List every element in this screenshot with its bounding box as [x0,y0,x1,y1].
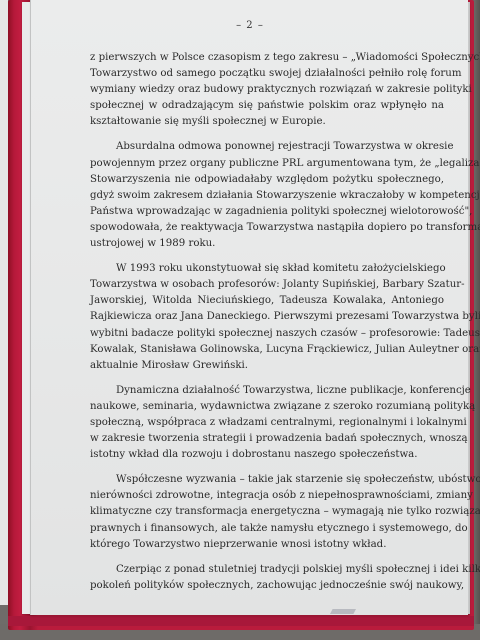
text-line: Współczesne wyzwania – takie jak starzen… [90,472,444,488]
text-line: powojennym przez organy publiczne PRL ar… [90,156,444,172]
text-line: istotny wkład dla rozwoju i dobrostanu n… [90,447,444,463]
text-line: klimatyczne czy transformacja energetycz… [90,504,444,520]
paragraph-dynamic-activity: Dynamiczna działalność Towarzystwa, licz… [90,383,444,463]
facing-page-edge [0,0,8,605]
text-line: Czerpiąc z ponad stuletniej tradycji pol… [90,562,444,578]
text-line: kształtowanie się myśli społecznej w Eur… [90,114,444,130]
text-line: społecznej w odradzającym się państwie p… [90,98,444,114]
paragraph-prl-refusal: Absurdalna odmowa ponownej rejestracji T… [90,139,444,252]
text-line: z pierwszych w Polsce czasopism z tego z… [90,50,444,66]
text-line: Absurdalna odmowa ponownej rejestracji T… [90,139,444,155]
text-line: w zakresie tworzenia strategii i prowadz… [90,431,444,447]
paragraph-continuation: z pierwszych w Polsce czasopism z tego z… [90,50,444,130]
red-folder-bottom-edge [8,616,474,626]
text-line: ustrojowej w 1989 roku. [90,236,444,252]
text-line: aktualnie Mirosław Grewiński. [90,358,444,374]
text-line: Stowarzyszenia nie odpowiadałaby względo… [90,172,444,188]
paragraph-founding-committee: W 1993 roku ukonstytuował się skład komi… [90,261,444,374]
document-body: z pierwszych w Polsce czasopism z tego z… [90,50,444,603]
text-line: wybitni badacze polityki społecznej nasz… [90,326,444,342]
page-tab-marker [330,609,356,614]
text-line: nierówności zdrowotne, integracja osób z… [90,488,444,504]
text-line: wymiany wiedzy oraz budowy praktycznych … [90,82,444,98]
text-line: Kowalak, Stanisława Golinowska, Lucyna F… [90,342,444,358]
text-line: Towarzystwo od samego początku swojej dz… [90,66,444,82]
text-line: prawnych i finansowych, ale także namysł… [90,521,444,537]
text-line: Towarzystwa w osobach profesorów: Jolant… [90,277,444,293]
text-line: pokoleń polityków społecznych, zachowują… [90,578,444,594]
text-line: społeczną, współpraca z władzami central… [90,415,444,431]
text-line: Państwa wprowadzając w zagadnienia polit… [90,204,444,220]
text-line: spowodowała, że reaktywacja Towarzystwa … [90,220,444,236]
page-number: – 2 – [31,20,469,31]
text-line: naukowe, seminaria, wydawnictwa związane… [90,399,444,415]
text-line: gdyż swoim zakresem działania Stowarzysz… [90,188,444,204]
text-line: którego Towarzystwo nieprzerwanie wnosi … [90,537,444,553]
paragraph-tradition: Czerpiąc z ponad stuletniej tradycji pol… [90,562,444,594]
text-line: Jaworskiej, Witolda Nieciuńskiego, Tadeu… [90,293,444,309]
text-line: Dynamiczna działalność Towarzystwa, licz… [90,383,444,399]
text-line: Rajkiewicza oraz Jana Daneckiego. Pierws… [90,309,444,325]
paragraph-contemporary-challenges: Współczesne wyzwania – takie jak starzen… [90,472,444,552]
document-page: – 2 – z pierwszych w Polsce czasopism z … [30,0,468,615]
text-line: W 1993 roku ukonstytuował się skład komi… [90,261,444,277]
